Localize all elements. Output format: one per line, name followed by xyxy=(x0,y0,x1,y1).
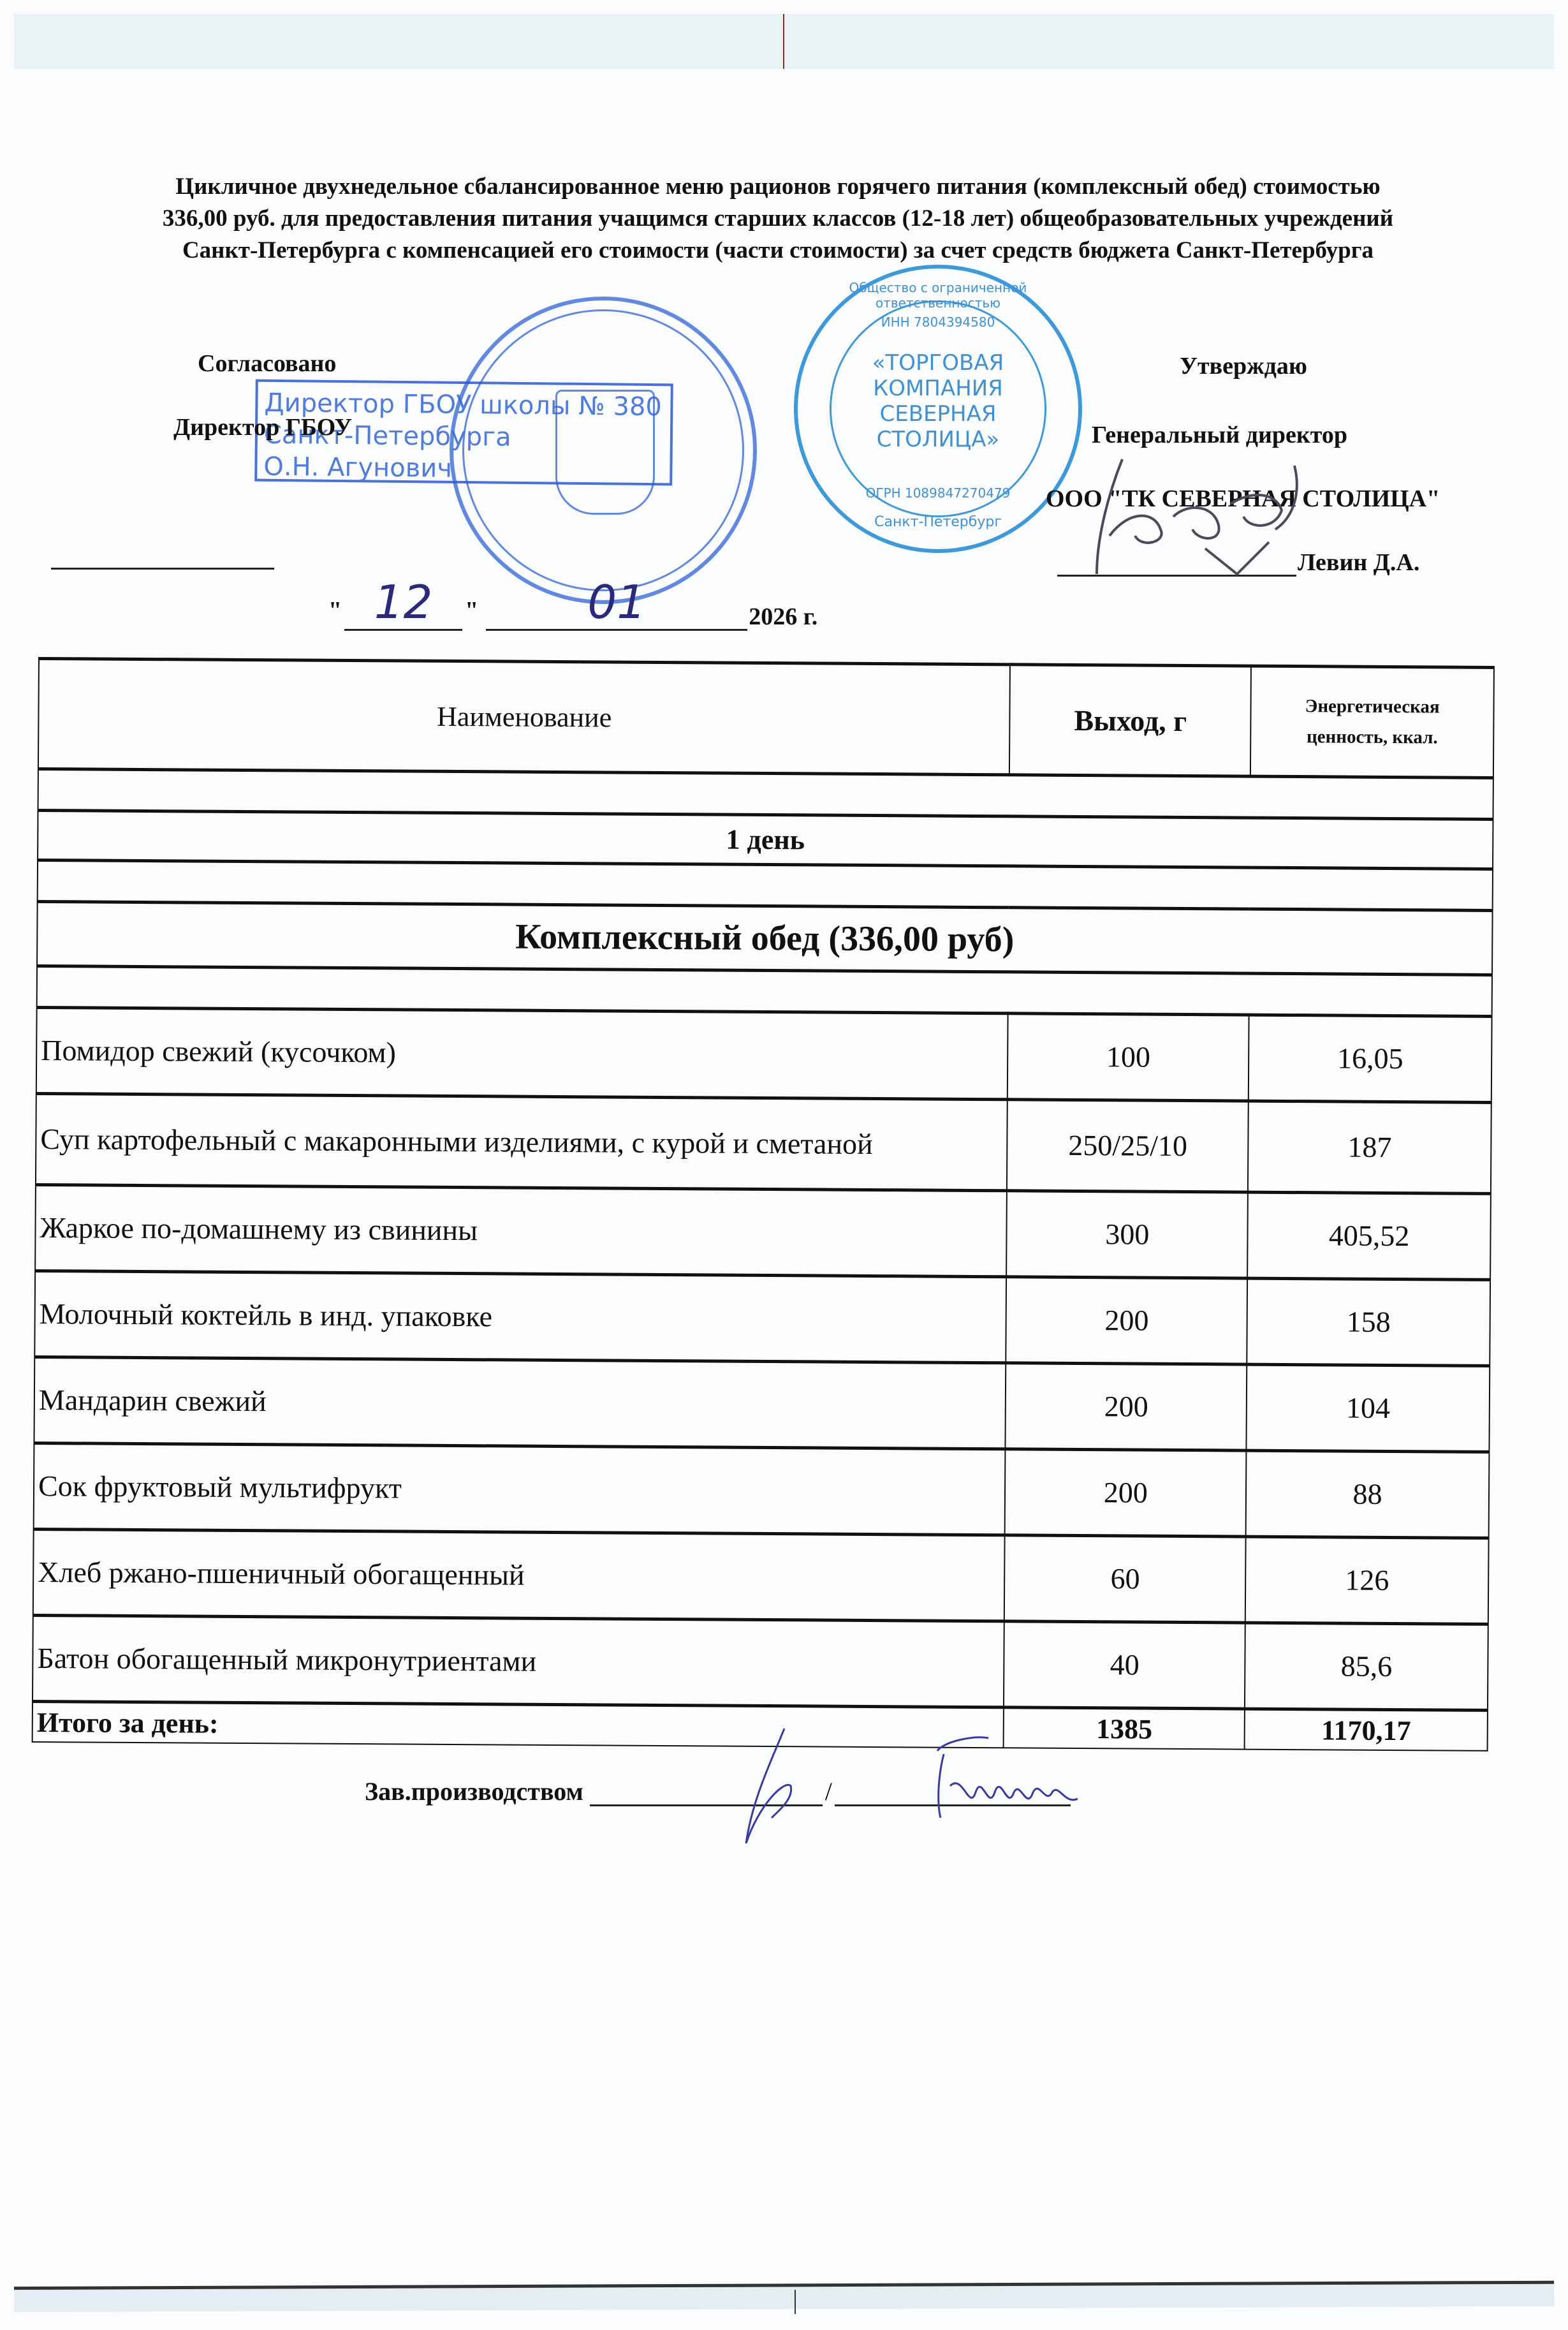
item-name: Хлеб ржано-пшеничный обогащенный xyxy=(33,1529,1005,1621)
production-manager-label: Зав.производством xyxy=(365,1776,583,1806)
header-energy-line: ценность, ккал. xyxy=(1255,721,1489,753)
date-day-handwritten: 12 xyxy=(374,575,433,629)
date-month-handwritten: 01 xyxy=(587,575,646,629)
item-energy: 187 xyxy=(1248,1101,1491,1193)
item-yield: 300 xyxy=(1007,1191,1249,1278)
item-energy: 104 xyxy=(1247,1364,1490,1452)
manager-signature-icon xyxy=(733,1722,1090,1850)
item-name: Сок фруктовый мультифрукт xyxy=(34,1443,1006,1535)
item-energy: 158 xyxy=(1247,1278,1490,1366)
stamp-name-line: СЕВЕРНАЯ xyxy=(798,401,1078,427)
item-energy: 405,52 xyxy=(1247,1192,1491,1279)
item-yield: 40 xyxy=(1004,1621,1245,1709)
item-name: Помидор свежий (кусочком) xyxy=(36,1007,1008,1099)
day-label: 1 день xyxy=(38,811,1493,869)
meal-label: Комплексный обед (336,00 руб) xyxy=(37,901,1493,975)
item-energy: 126 xyxy=(1245,1537,1489,1624)
table-row: Мандарин свежий 200 104 xyxy=(34,1357,1490,1452)
header-energy: Энергетическая ценность, ккал. xyxy=(1250,666,1494,778)
scan-fold-mark-bottom xyxy=(795,2290,796,2314)
approval-date: " 12 " 01 2026 г. xyxy=(328,596,817,631)
stamp-company-name: «ТОРГОВАЯ КОМПАНИЯ СЕВЕРНАЯ СТОЛИЦА» xyxy=(798,350,1078,452)
table-row: Жаркое по-домашнему из свинины 300 405,5… xyxy=(35,1184,1491,1279)
header-yield: Выход, г xyxy=(1009,665,1251,776)
item-energy: 88 xyxy=(1246,1450,1490,1538)
item-yield: 60 xyxy=(1004,1535,1246,1623)
quote-close: " xyxy=(465,596,478,631)
header-name: Наименование xyxy=(38,659,1010,775)
item-name: Суп картофельный с макаронными изделиями… xyxy=(36,1093,1007,1190)
table-header-row: Наименование Выход, г Энергетическая цен… xyxy=(38,659,1494,778)
item-yield: 200 xyxy=(1005,1449,1247,1537)
company-round-stamp: Общество с ограниченной ответственностью… xyxy=(794,265,1082,553)
stamp-name-line: СТОЛИЦА» xyxy=(798,427,1078,452)
scan-fold-mark xyxy=(783,14,784,69)
item-name: Батон обогащенный микронутриентами xyxy=(33,1615,1004,1707)
scan-edge-bottom xyxy=(14,2281,1554,2312)
stamp-city: Санкт-Петербург xyxy=(798,514,1078,530)
date-year: 2026 г. xyxy=(749,603,817,631)
item-yield: 100 xyxy=(1007,1014,1249,1101)
item-energy: 85,6 xyxy=(1245,1623,1488,1710)
date-month-field: 01 xyxy=(486,597,747,631)
title-line: Цикличное двухнедельное сбалансированное… xyxy=(57,171,1498,203)
item-name: Молочный коктейль в инд. упаковке xyxy=(34,1271,1006,1362)
day-row: 1 день xyxy=(38,811,1493,869)
item-yield: 200 xyxy=(1006,1277,1248,1364)
table-row: Помидор свежий (кусочком) 100 16,05 xyxy=(36,1007,1492,1102)
stamp-ring-text: Общество с ограниченной ответственностью xyxy=(798,280,1078,311)
table-row: Молочный коктейль в инд. упаковке 200 15… xyxy=(34,1271,1490,1366)
stamp-name-line: КОМПАНИЯ xyxy=(798,376,1078,401)
approve-label: Утверждаю xyxy=(1180,352,1307,380)
title-line: 336,00 руб. для предоставления питания у… xyxy=(57,203,1498,235)
document-title: Цикличное двухнедельное сбалансированное… xyxy=(57,171,1498,267)
stamp-inn: ИНН 7804394580 xyxy=(798,314,1078,330)
item-energy: 16,05 xyxy=(1249,1015,1492,1102)
table-row: Хлеб ржано-пшеничный обогащенный 60 126 xyxy=(33,1529,1489,1624)
title-line: Санкт-Петербурга с компенсацией его стои… xyxy=(57,235,1498,267)
item-name: Жаркое по-домашнему из свинины xyxy=(35,1184,1007,1276)
stamp-name-line: «ТОРГОВАЯ xyxy=(798,350,1078,376)
menu-table: Наименование Выход, г Энергетическая цен… xyxy=(32,657,1495,1751)
header-energy-line: Энергетическая xyxy=(1256,691,1490,723)
total-energy: 1170,17 xyxy=(1245,1709,1488,1751)
table-row: Батон обогащенный микронутриентами 40 85… xyxy=(33,1615,1488,1710)
approved-label: Согласовано xyxy=(198,350,336,378)
table-row: Суп картофельный с макаронными изделиями… xyxy=(36,1093,1491,1193)
stamp-line: О.Н. Агунович xyxy=(263,451,663,487)
director-signature-icon xyxy=(1084,440,1326,580)
table-row: Сок фруктовый мультифрукт 200 88 xyxy=(34,1443,1490,1538)
quote-open: " xyxy=(328,596,342,631)
item-name: Мандарин свежий xyxy=(34,1357,1006,1449)
stamp-ogrn: ОГРН 1089847270479 xyxy=(798,485,1078,501)
meal-row: Комплексный обед (336,00 руб) xyxy=(37,901,1493,975)
item-yield: 200 xyxy=(1006,1363,1247,1450)
item-yield: 250/25/10 xyxy=(1007,1100,1249,1192)
signature-line-left xyxy=(51,568,274,570)
date-day-field: 12 xyxy=(344,597,462,631)
director-position-label: Директор ГБОУ xyxy=(173,413,352,441)
